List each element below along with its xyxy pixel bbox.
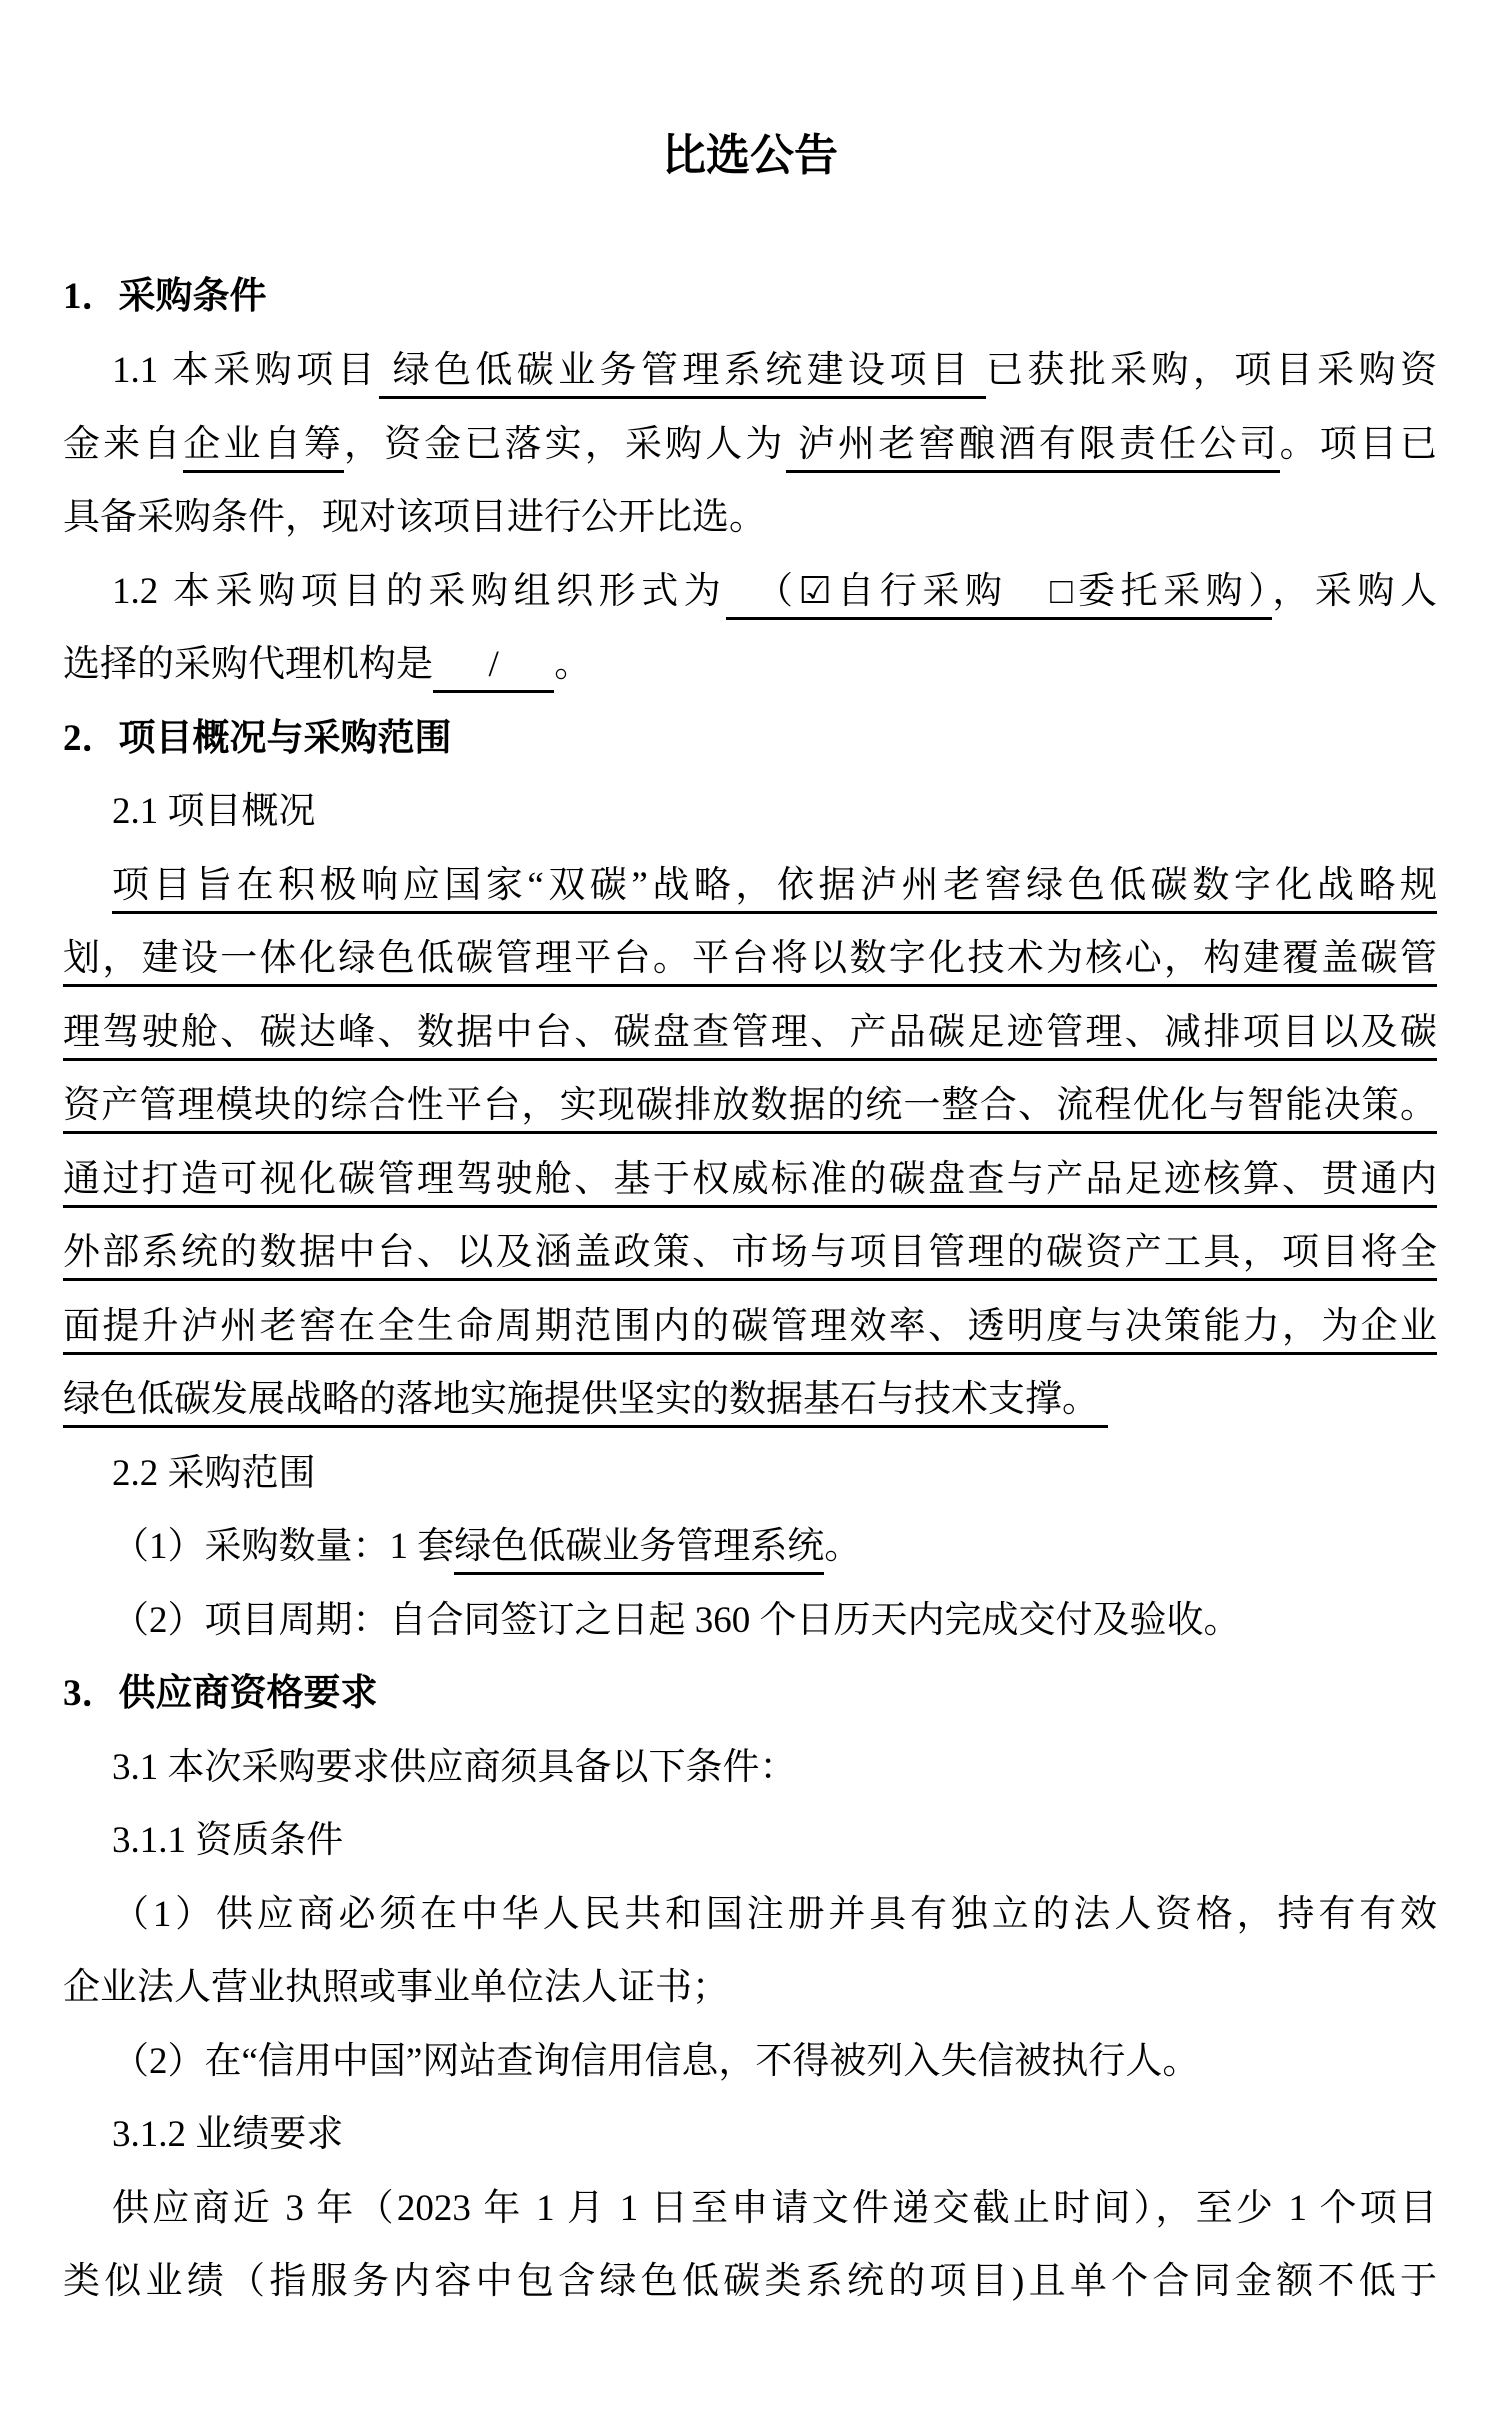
- overview-line-3: 理驾驶舱、碳达峰、数据中台、碳盘查管理、产品碳足迹管理、减排项目以及碳: [63, 1010, 1437, 1056]
- text-segment: 1.2 本采购项目的采购组织形式为: [112, 571, 726, 612]
- overview-underlined: 划，建设一体化绿色低碳管理平台。平台将以数字化技术为核心，构建覆盖碳管: [63, 938, 1437, 987]
- overview-line-6: 外部系统的数据中台、以及涵盖政策、市场与项目管理的碳资产工具，项目将全: [63, 1230, 1437, 1276]
- agency-blank-underlined: /: [433, 644, 554, 693]
- scope-item-1: （1）采购数量：1 套绿色低碳业务管理系统。: [112, 1524, 1437, 1570]
- heading-3-1-2: 3.1.2 业绩要求: [112, 2112, 1437, 2158]
- purchaser-name-underlined: 泸州老窖酿酒有限责任公司: [786, 424, 1280, 473]
- overview-line-4: 资产管理模块的综合性平台，实现碳排放数据的统一整合、流程优化与智能决策。: [63, 1083, 1437, 1129]
- text-segment: 。: [554, 644, 591, 685]
- qualification-item-1-line-2: 企业法人营业执照或事业单位法人证书；: [63, 1965, 1437, 2011]
- overview-underlined: 通过打造可视化碳管理驾驶舱、基于权威标准的碳盘查与产品足迹核算、贯通内: [63, 1159, 1437, 1208]
- overview-line-7: 面提升泸州老窖在全生命周期范围内的碳管理效率、透明度与决策能力，为企业: [63, 1304, 1437, 1350]
- funding-source-underlined: 企业自筹: [183, 424, 344, 473]
- section-3-heading: 3．供应商资格要求: [63, 1671, 1437, 1717]
- heading-2-1: 2.1 项目概况: [112, 789, 1437, 835]
- project-name-underlined: 绿色低碳业务管理系统建设项目: [379, 350, 986, 399]
- text-segment: ，采购人: [1272, 571, 1437, 612]
- overview-line-1: 项目旨在积极响应国家“双碳”战略，依据泸州老窖绿色低碳数字化战略规: [112, 863, 1437, 909]
- section-1-heading: 1．采购条件: [63, 274, 1437, 320]
- performance-req-line-2: 类似业绩（指服务内容中包含绿色低碳类系统的项目)且单个合同金额不低于: [63, 2259, 1437, 2305]
- text-segment: 。: [824, 1526, 861, 1567]
- text-segment: ，资金已落实，采购人为: [344, 424, 786, 465]
- para-1-2-line-2: 选择的采购代理机构是 / 。: [63, 642, 1437, 688]
- section-2-heading: 2．项目概况与采购范围: [63, 716, 1437, 762]
- heading-3-1-1: 3.1.1 资质条件: [112, 1818, 1437, 1864]
- qualification-item-2: （2）在“信用中国”网站查询信用信息，不得被列入失信被执行人。: [112, 2039, 1437, 2085]
- para-1-1-line-1: 1.1 本采购项目 绿色低碳业务管理系统建设项目 已获批采购，项目采购资: [112, 348, 1437, 394]
- para-1-2-line-1: 1.2 本采购项目的采购组织形式为 （☑自行采购 □委托采购），采购人: [112, 569, 1437, 615]
- document-page: 比选公告 1．采购条件 1.1 本采购项目 绿色低碳业务管理系统建设项目 已获批…: [0, 0, 1500, 2430]
- text-segment: 1.1 本采购项目: [112, 350, 379, 391]
- heading-2-2: 2.2 采购范围: [112, 1451, 1437, 1497]
- text-segment: 已获批采购，项目采购资: [986, 350, 1437, 391]
- text-segment: 选择的采购代理机构是: [63, 644, 433, 685]
- para-1-1-line-2: 金来自企业自筹，资金已落实，采购人为 泸州老窖酿酒有限责任公司。项目已: [63, 422, 1437, 468]
- overview-underlined: 理驾驶舱、碳达峰、数据中台、碳盘查管理、产品碳足迹管理、减排项目以及碳: [63, 1012, 1437, 1061]
- system-name-underlined: 绿色低碳业务管理系统: [454, 1526, 824, 1575]
- heading-3-1: 3.1 本次采购要求供应商须具备以下条件：: [112, 1745, 1437, 1791]
- overview-line-2: 划，建设一体化绿色低碳管理平台。平台将以数字化技术为核心，构建覆盖碳管: [63, 936, 1437, 982]
- overview-underlined: 项目旨在积极响应国家“双碳”战略，依据泸州老窖绿色低碳数字化战略规: [112, 865, 1437, 914]
- overview-underlined: 绿色低碳发展战略的落地实施提供坚实的数据基石与技术支撑。: [63, 1379, 1108, 1428]
- text-segment: （1）采购数量：1 套: [112, 1526, 454, 1567]
- overview-underlined: 资产管理模块的综合性平台，实现碳排放数据的统一整合、流程优化与智能决策。: [63, 1085, 1437, 1134]
- checkbox-options-underlined: （☑自行采购 □委托采购）: [726, 571, 1272, 620]
- overview-line-8: 绿色低碳发展战略的落地实施提供坚实的数据基石与技术支撑。: [63, 1377, 1437, 1423]
- text-segment: 。项目已: [1280, 424, 1437, 465]
- para-1-1-line-3: 具备采购条件，现对该项目进行公开比选。: [63, 495, 1437, 541]
- overview-underlined: 外部系统的数据中台、以及涵盖政策、市场与项目管理的碳资产工具，项目将全: [63, 1232, 1437, 1281]
- scope-item-2: （2）项目周期：自合同签订之日起 360 个日历天内完成交付及验收。: [112, 1598, 1437, 1644]
- overview-underlined: 面提升泸州老窖在全生命周期范围内的碳管理效率、透明度与决策能力，为企业: [63, 1306, 1437, 1355]
- overview-line-5: 通过打造可视化碳管理驾驶舱、基于权威标准的碳盘查与产品足迹核算、贯通内: [63, 1157, 1437, 1203]
- qualification-item-1-line-1: （1）供应商必须在中华人民共和国注册并具有独立的法人资格，持有有效: [112, 1892, 1437, 1938]
- text-segment: 金来自: [63, 424, 183, 465]
- performance-req-line-1: 供应商近 3 年（2023 年 1 月 1 日至申请文件递交截止时间），至少 1…: [112, 2186, 1437, 2232]
- doc-title: 比选公告: [0, 130, 1500, 183]
